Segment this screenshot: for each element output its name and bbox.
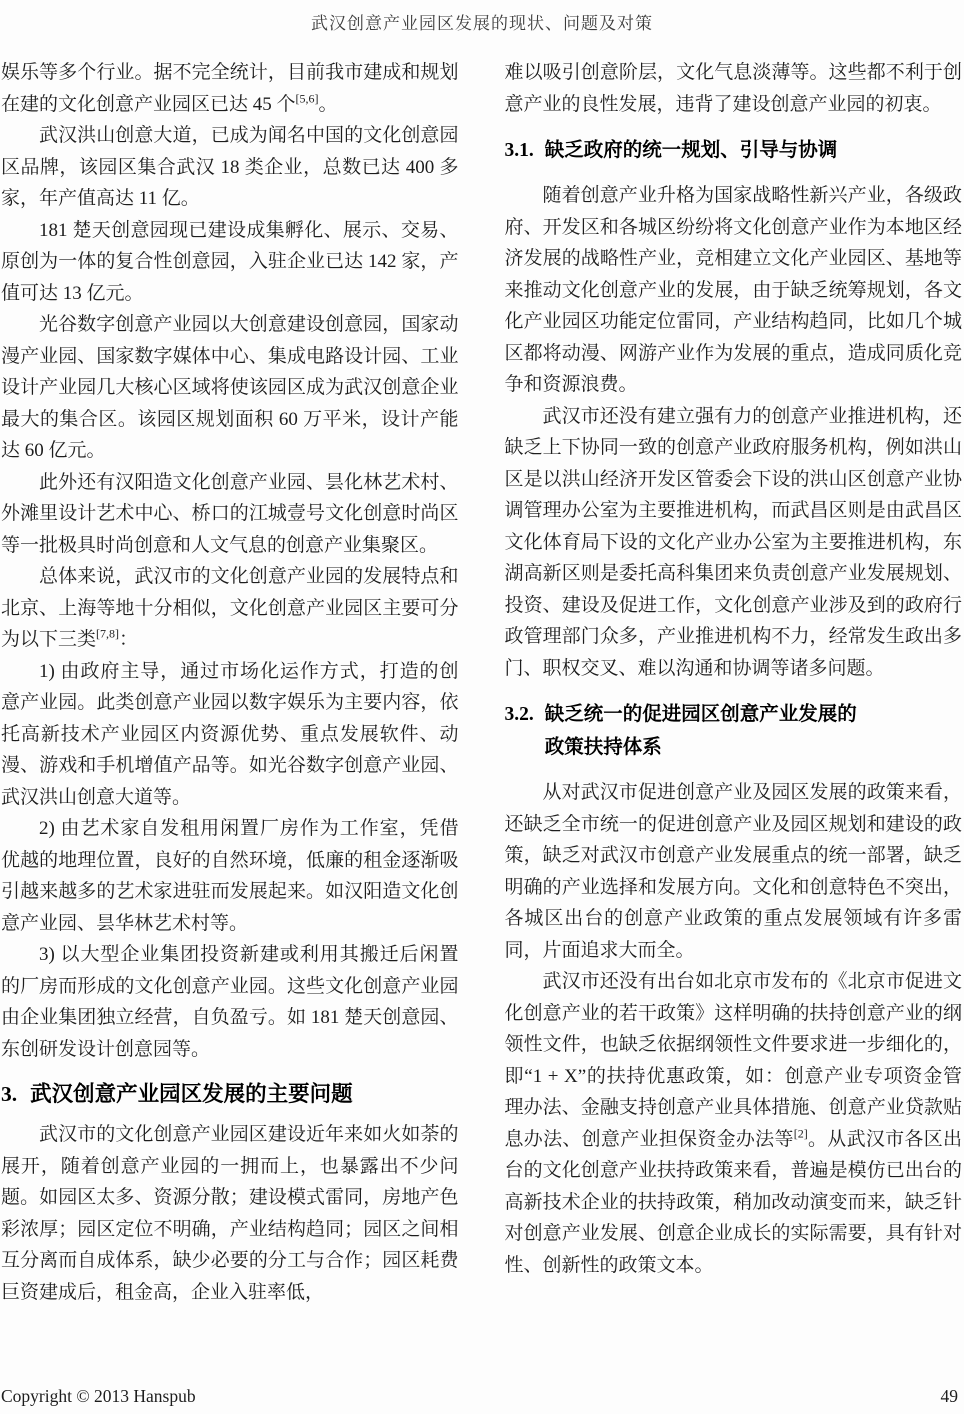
paragraph-overflow-left: 娱乐等多个行业。据不完全统计，目前我市建成和规划在建的文化创意产业园区已达 45… — [1, 57, 459, 120]
citation-ref-2: [2] — [794, 1126, 808, 1140]
paragraph-type2-artist-led: 2) 由艺术家自发租用闲置厂房作为工作室，凭借优越的地理位置，良好的自然环境，低… — [1, 813, 459, 939]
section-3-2-heading: 3.2.缺乏统一的促进园区创意产业发展的政策扶持体系 — [505, 698, 963, 764]
section-3-1-number: 3.1. — [505, 134, 534, 167]
section-3-2-title: 缺乏统一的促进园区创意产业发展的政策扶持体系 — [545, 698, 857, 764]
paragraph-type3-enterprise-led: 3) 以大型企业集团投资新建或利用其搬迁后闲置的厂房而形成的文化创意产业园。这些… — [1, 939, 459, 1065]
paragraph-type1-government-led: 1) 由政府主导，通过市场化运作方式，打造的创意产业园。此类创意产业园以数字娱乐… — [1, 656, 459, 814]
paragraph-text: 武汉市还没有出台如北京市发布的《北京市促进文化创意产业的若干政策》这样明确的扶持… — [505, 971, 963, 1150]
copyright-notice: Copyright © 2013 Hanspub — [1, 1386, 196, 1407]
section-3-1-title: 缺乏政府的统一规划、引导与协调 — [545, 134, 838, 167]
paragraph-text: 。从武汉市各区出台的文化创意产业扶持政策来看，普遍是模仿已出台的高新技术企业的扶… — [505, 1129, 963, 1276]
paragraph-text: ： — [119, 629, 138, 650]
right-column: 难以吸引创意阶层，文化气息淡薄等。这些都不利于创意产业的良性发展，违背了建设创意… — [505, 57, 963, 1308]
paragraph-3-1-planning: 随着创意产业升格为国家战略性新兴产业，各级政府、开发区和各城区纷纷将文化创意产业… — [505, 180, 963, 401]
page-footer: Copyright © 2013 Hanspub 49 — [0, 1386, 964, 1407]
section-3-2-number: 3.2. — [505, 698, 534, 731]
paragraph-overflow-right: 难以吸引创意阶层，文化气息淡薄等。这些都不利于创意产业的良性发展，违背了建设创意… — [505, 57, 963, 120]
paper-page: 武汉创意产业园区发展的现状、问题及对策 娱乐等多个行业。据不完全统计，目前我市建… — [0, 0, 964, 1414]
section-3-number: 3. — [1, 1078, 17, 1110]
paragraph-3-1-agencies: 武汉市还没有建立强有力的创意产业推进机构，还缺乏上下协同一致的创意产业政府服务机… — [505, 401, 963, 685]
section-3-title: 武汉创意产业园区发展的主要问题 — [30, 1078, 353, 1110]
paragraph-text: 总体来说，武汉市的文化创意产业园的发展特点和北京、上海等地十分相似，文化创意产业… — [1, 566, 459, 650]
citation-ref-7-8: [7,8] — [96, 627, 119, 641]
paragraph-problems-intro: 武汉市的文化创意产业园区建设近年来如火如荼的展开，随着创意产业园的一拥而上，也暴… — [1, 1119, 459, 1308]
paragraph-3-2-policy-gap: 从对武汉市促进创意产业及园区发展的政策来看，还缺乏全市统一的促进创意产业及园区规… — [505, 777, 963, 966]
two-column-body: 娱乐等多个行业。据不完全统计，目前我市建成和规划在建的文化创意产业园区已达 45… — [0, 57, 964, 1308]
paragraph-text: 。 — [319, 94, 338, 115]
paragraph-guanggu-park: 光谷数字创意产业园以大创意建设创意园，国家动漫产业园、国家数字媒体中心、集成电路… — [1, 309, 459, 467]
page-number: 49 — [941, 1386, 959, 1407]
paragraph-text: 娱乐等多个行业。据不完全统计，目前我市建成和规划在建的文化创意产业园区已达 45… — [1, 62, 459, 115]
section-3-2-title-line2: 政策扶持体系 — [545, 736, 662, 758]
citation-ref-5-6: [5,6] — [296, 91, 319, 105]
section-3-2-title-line1: 缺乏统一的促进园区创意产业发展的 — [545, 703, 857, 725]
paragraph-hongshan-avenue: 武汉洪山创意大道，已成为闻名中国的文化创意园区品牌，该园区集合武汉 18 类企业… — [1, 120, 459, 215]
paragraph-3-2-beijing-comparison: 武汉市还没有出台如北京市发布的《北京市促进文化创意产业的若干政策》这样明确的扶持… — [505, 966, 963, 1281]
paragraph-181-park: 181 楚天创意园现已建设成集孵化、展示、交易、原创为一体的复合性创意园，入驻企… — [1, 215, 459, 310]
paragraph-other-parks: 此外还有汉阳造文化创意产业园、昙化林艺术村、外滩里设计艺术中心、桥口的江城壹号文… — [1, 467, 459, 562]
left-column: 娱乐等多个行业。据不完全统计，目前我市建成和规划在建的文化创意产业园区已达 45… — [1, 57, 459, 1308]
paragraph-summary-three-types: 总体来说，武汉市的文化创意产业园的发展特点和北京、上海等地十分相似，文化创意产业… — [1, 561, 459, 656]
running-head-title: 武汉创意产业园区发展的现状、问题及对策 — [0, 0, 964, 34]
section-3-1-heading: 3.1.缺乏政府的统一规划、引导与协调 — [505, 134, 963, 167]
section-3-heading: 3.武汉创意产业园区发展的主要问题 — [1, 1078, 459, 1110]
